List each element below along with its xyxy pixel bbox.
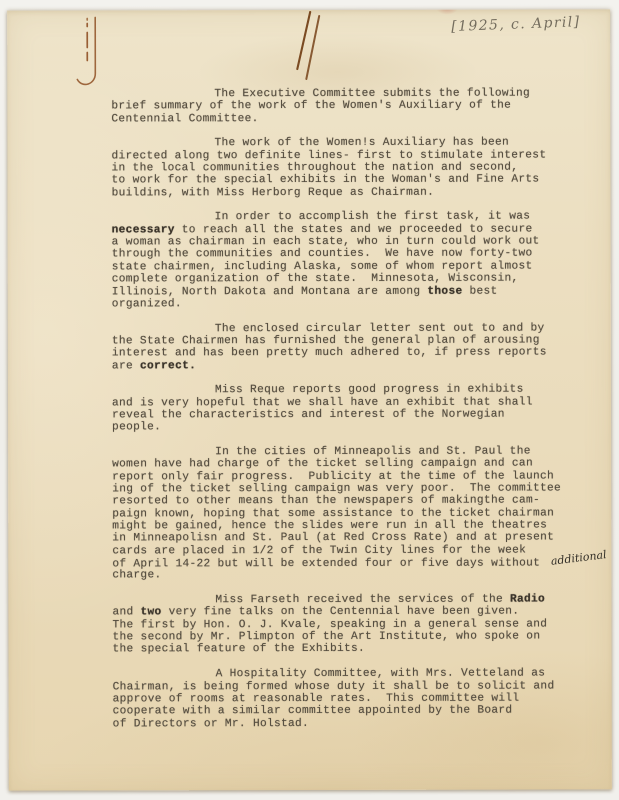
document-line: Miss Reque reports good progress in exhi… <box>112 384 598 397</box>
typed-segment: Centennial Committee. <box>111 113 258 125</box>
document-line: directed along two definite lines- first… <box>111 149 597 162</box>
document-line: resorted to other means than the newspap… <box>112 495 598 508</box>
typed-segment: reveal the characteristics and interest … <box>112 409 505 422</box>
typed-segment: The first by Hon. O. J. Kvale, speaking … <box>112 618 547 631</box>
typed-segment: state chairmen, including Alaska, some o… <box>112 260 533 273</box>
document-line: The first by Hon. O. J. Kvale, speaking … <box>112 618 598 631</box>
typed-segment: The Executive Committee submits the foll… <box>214 88 530 101</box>
typed-segment: report only fair progress. Publicity at … <box>112 470 554 483</box>
document-line: people. <box>112 421 598 434</box>
document-line: Centennial Committee. <box>111 112 597 125</box>
typed-segment: Chairman, is being formed whose duty it … <box>113 680 555 693</box>
paragraph: A Hospitality Committee, with Mrs. Vette… <box>113 668 599 731</box>
document-line: women have had charge of the ticket sell… <box>112 458 598 471</box>
typed-segment: of April 14-22 but will be extended four… <box>112 558 540 571</box>
typed-segment: Illinois, North Dakota and Montana are a… <box>112 285 428 298</box>
typed-segment: charge. <box>112 570 161 582</box>
document-page: [1925, c. April] The Executive Committee… <box>7 9 612 790</box>
handwritten-date-annotation: [1925, c. April] <box>451 14 581 35</box>
document-line: brief summary of the work of the Women's… <box>111 100 597 113</box>
typed-segment: two <box>140 607 161 619</box>
document-line: The enclosed circular letter sent out to… <box>112 322 598 335</box>
document-line: approve of rooms at reasonable rates. Th… <box>113 692 599 705</box>
typed-segment: of Directors or Mr. Holstad. <box>113 718 309 730</box>
typed-segment: resorted to other means than the newspap… <box>112 495 540 508</box>
document-line: of April 14-22 but will be extended four… <box>112 556 598 569</box>
typed-segment: Miss Reque reports good progress in exhi… <box>215 384 524 397</box>
typed-segment: people. <box>112 422 161 434</box>
typed-text: The Executive Committee submits the foll… <box>111 87 598 742</box>
paragraph: The enclosed circular letter sent out to… <box>112 322 598 372</box>
typed-segment: In the cities of Minneapolis and St. Pau… <box>215 446 531 459</box>
typed-segment: The work of the Women!s Auxiliary has be… <box>214 137 509 150</box>
typed-segment: The enclosed circular letter sent out to… <box>215 322 545 335</box>
typed-segment: Miss Farseth received the services of th… <box>215 594 510 607</box>
typed-segment: brief summary of the work of the Women's… <box>111 100 511 113</box>
typed-segment: A Hospitality Committee, with Mrs. Vette… <box>216 668 546 681</box>
typed-segment: In order to accomplish the first task, i… <box>215 211 531 224</box>
typed-segment: those <box>427 285 462 297</box>
typed-segment: approve of rooms at reasonable rates. Th… <box>113 692 520 705</box>
typed-segment: are <box>112 360 140 372</box>
paragraph: The Executive Committee submits the foll… <box>111 87 597 125</box>
typed-segment: organized. <box>112 298 182 310</box>
document-line: The Executive Committee submits the foll… <box>111 87 597 100</box>
document-line: report only fair progress. Publicity at … <box>112 470 598 483</box>
typed-segment: and <box>112 607 140 619</box>
document-line: necessary to reach all the states and we… <box>112 223 598 236</box>
typed-segment: Radio <box>510 594 545 606</box>
document-line: In order to accomplish the first task, i… <box>112 211 598 224</box>
pen-slash-marks-icon <box>285 11 325 88</box>
document-line: the special feature of the Exhibits. <box>113 643 599 656</box>
document-line: charge. <box>112 569 598 582</box>
typed-segment: in Minneapolisn and St. Paul (at Red Cro… <box>112 532 554 545</box>
typed-segment: to work for the special exhibits in the … <box>112 174 540 187</box>
document-line: Chairman, is being formed whose duty it … <box>113 680 599 693</box>
typed-segment: paign known, hoping that some assistance… <box>112 507 554 520</box>
typed-segment: best <box>462 285 497 297</box>
document-line: the second by Mr. Plimpton of the Art In… <box>112 631 598 644</box>
typed-segment: and is very hopeful that we shall have a… <box>112 396 533 409</box>
typed-segment: buildins, with Miss Herborg Reque as Cha… <box>112 186 435 199</box>
document-line: cards are placed in 1/2 of the Twin City… <box>112 544 598 557</box>
typed-segment: to reach all the states and we proceeded… <box>175 223 533 236</box>
typed-segment: in the local communities throughout the … <box>112 162 519 175</box>
typed-segment: women have had charge of the ticket sell… <box>112 458 533 471</box>
document-line: cooperate with a similar committee appoi… <box>113 705 599 718</box>
scan-background: [1925, c. April] The Executive Committee… <box>0 0 619 800</box>
typed-segment: through the communities and counties. We… <box>112 248 533 261</box>
document-line: A Hospitality Committee, with Mrs. Vette… <box>113 668 599 681</box>
document-line: buildins, with Miss Herborg Reque as Cha… <box>112 186 598 199</box>
document-line: complete organization of the state. Minn… <box>112 273 598 286</box>
paragraph: In the cities of Minneapolis and St. Pau… <box>112 445 598 582</box>
typed-segment: the second by Mr. Plimpton of the Art In… <box>112 631 540 644</box>
document-line: and two very fine talks on the Centennia… <box>112 606 598 619</box>
typed-segment: a woman as chairman in each state, who i… <box>112 236 540 249</box>
document-line: and is very hopeful that we shall have a… <box>112 396 598 409</box>
typed-segment: complete organization of the state. Minn… <box>112 273 519 286</box>
paragraph: The work of the Women!s Auxiliary has be… <box>111 137 597 200</box>
typed-segment: ing of the ticket selling campaign was v… <box>112 482 561 495</box>
document-line: organized. <box>112 297 598 310</box>
document-line: of Directors or Mr. Holstad. <box>113 717 599 730</box>
typed-segment: interest and has been pretty much adhere… <box>112 347 547 360</box>
paperclip-rust-mark-icon <box>71 14 109 101</box>
document-line: in Minneapolisn and St. Paul (at Red Cro… <box>112 532 598 545</box>
document-line: reveal the characteristics and interest … <box>112 408 598 421</box>
typed-segment: necessary <box>112 224 175 236</box>
document-line: paign known, hoping that some assistance… <box>112 507 598 520</box>
typed-segment: cooperate with a similar committee appoi… <box>113 705 513 718</box>
document-line: Illinois, North Dakota and Montana are a… <box>112 285 598 298</box>
typed-segment: very fine talks on the Centennial have b… <box>162 606 520 619</box>
document-line: to work for the special exhibits in the … <box>112 174 598 187</box>
document-line: through the communities and counties. We… <box>112 248 598 261</box>
paragraph: In order to accomplish the first task, i… <box>112 211 598 311</box>
typed-segment: the State Chairmen has furnished the gen… <box>112 334 540 347</box>
typed-segment: directed along two definite lines- first… <box>111 149 546 162</box>
paragraph: Miss Reque reports good progress in exhi… <box>112 384 598 434</box>
typed-segment: might be gained, hence the slides were r… <box>112 520 547 533</box>
document-line: state chairmen, including Alaska, some o… <box>112 260 598 273</box>
paragraph: Miss Farseth received the services of th… <box>112 593 598 656</box>
typed-segment: cards are placed in 1/2 of the Twin City… <box>112 544 526 557</box>
document-line: are correct. <box>112 359 598 372</box>
typed-segment: the special feature of the Exhibits. <box>113 643 366 656</box>
document-line: Miss Farseth received the services of th… <box>112 593 598 606</box>
document-line: The work of the Women!s Auxiliary has be… <box>111 137 597 150</box>
document-line: interest and has been pretty much adhere… <box>112 347 598 360</box>
typed-segment: correct. <box>140 360 196 372</box>
